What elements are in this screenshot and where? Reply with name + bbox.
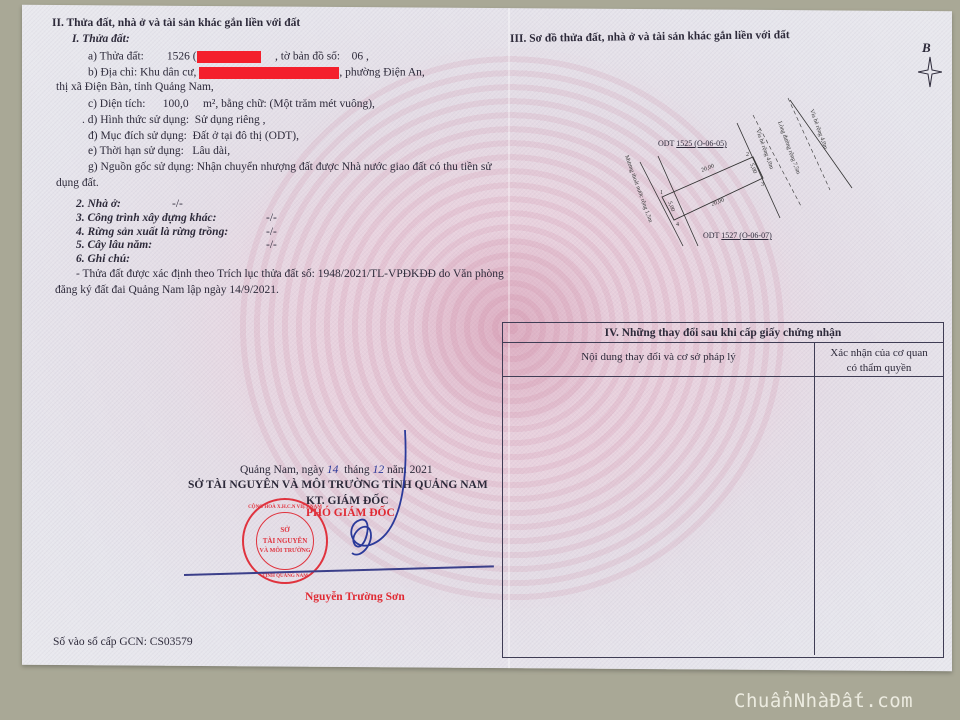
north-neighbor: ODT 1525 (O-06-05) bbox=[658, 140, 727, 148]
svg-text:20,00: 20,00 bbox=[701, 163, 716, 174]
svg-text:2: 2 bbox=[746, 152, 749, 158]
item-forest-value: -/- bbox=[266, 227, 277, 239]
handwritten-signature bbox=[330, 425, 420, 575]
svg-text:3: 3 bbox=[761, 182, 764, 188]
changes-table: IV. Những thay đổi sau khi cấp giấy chứn… bbox=[502, 322, 944, 658]
parcel-row: a) Thửa đất: 1526 ( , tờ bản đồ số: 06 , bbox=[88, 51, 369, 63]
item-perennial: 5. Cây lâu năm: bbox=[76, 240, 152, 252]
item-notes: 6. Ghi chú: bbox=[76, 254, 130, 266]
item-forest: 4. Rừng sản xuất là rừng trồng: bbox=[76, 227, 228, 239]
svg-text:Lòng đường rộng 7,5m: Lòng đường rộng 7,5m bbox=[776, 121, 801, 176]
changes-confirmation-cell bbox=[815, 377, 943, 655]
north-compass-icon bbox=[918, 52, 942, 92]
item-house-value: -/- bbox=[172, 199, 183, 211]
south-neighbor: ODT 1527 (O-06-07) bbox=[703, 232, 772, 240]
svg-text:1: 1 bbox=[660, 190, 663, 196]
use-form-row: . d) Hình thức sử dụng: Sử dụng riêng , bbox=[82, 115, 266, 127]
item-other-construction-value: -/- bbox=[266, 213, 277, 225]
origin-line2: dụng đất. bbox=[56, 178, 99, 190]
svg-text:20,00: 20,00 bbox=[711, 197, 726, 208]
use-term-row: e) Thời hạn sử dụng: Lâu dài, bbox=[88, 146, 230, 158]
area-row: c) Diện tích: 100,0 m², bằng chữ: (Một t… bbox=[88, 99, 375, 111]
parcel-diagram: 20,00 20,00 5,00 5,00 1 2 3 4 Vỉa hè rộn… bbox=[620, 90, 860, 250]
origin-row: g) Nguồn gốc sử dụng: Nhận chuyển nhượng… bbox=[88, 162, 492, 174]
site-watermark: ChuẩnNhàĐất.com bbox=[734, 690, 913, 712]
area-value: 100,0 bbox=[163, 98, 189, 110]
item-house: 2. Nhà ở: bbox=[76, 199, 121, 211]
signer-name: Nguyễn Trường Sơn bbox=[305, 592, 405, 604]
item-other-construction: 3. Công trình xây dựng khác: bbox=[76, 213, 216, 225]
parcel-number: 1526 ( bbox=[167, 51, 197, 63]
changes-col-confirmation: Xác nhận của cơ quan có thẩm quyền bbox=[815, 343, 943, 376]
changes-content-cell bbox=[503, 377, 815, 655]
address-row: b) Địa chỉ: Khu dân cư, , phường Điện An… bbox=[88, 67, 425, 79]
redacted-block bbox=[199, 67, 339, 79]
redacted-block bbox=[197, 51, 261, 63]
map-sheet-number: 06 bbox=[352, 51, 364, 63]
section-ii-title: II. Thửa đất, nhà ở và tài sản khác gắn … bbox=[52, 18, 300, 30]
note-line2: đăng ký đất đai Quảng Nam lập ngày 14/9/… bbox=[55, 285, 279, 297]
gcn-registry-number: Số vào sổ cấp GCN: CS03579 bbox=[53, 637, 193, 649]
svg-text:Vỉa hè rộng 4,0m: Vỉa hè rộng 4,0m bbox=[754, 129, 774, 171]
svg-text:Mương thoát nước rộng 1,5m: Mương thoát nước rộng 1,5m bbox=[623, 155, 653, 224]
note-line1: - Thửa đất được xác định theo Trích lục … bbox=[76, 269, 504, 281]
svg-text:4: 4 bbox=[676, 222, 679, 228]
changes-table-title: IV. Những thay đổi sau khi cấp giấy chứn… bbox=[503, 323, 943, 343]
item-perennial-value: -/- bbox=[266, 240, 277, 252]
address-line2: thị xã Điện Bàn, tỉnh Quảng Nam, bbox=[56, 82, 214, 94]
land-heading: I. Thửa đất: bbox=[72, 34, 130, 46]
changes-col-content: Nội dung thay đổi và cơ sở pháp lý bbox=[503, 343, 815, 376]
use-purpose-row: đ) Mục đích sử dụng: Đất ở tại đô thị (O… bbox=[88, 131, 299, 143]
